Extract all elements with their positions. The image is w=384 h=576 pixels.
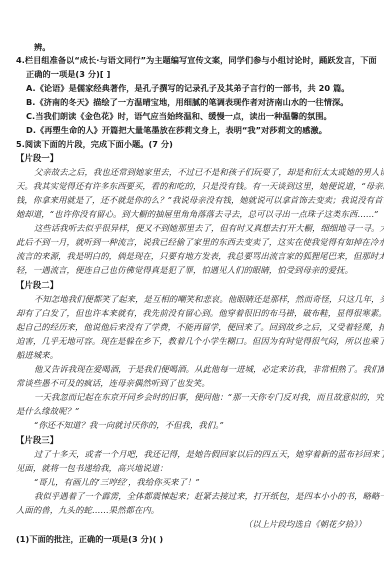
passage2-line: 迫害，几乎无地可容。现在是躲在乡下，教着几个小学生糊口。但因为有时觉得很气闷，所… (16, 335, 384, 347)
q4-option-c: C.当我们朗读《金色花》时，语气应当始终温和、缓慢一点，读出一种温馨的氛围。 (26, 110, 332, 122)
passage2-line: 不知怎地我们便都笑了起来，是互相的嘲笑和悲哀。他眼睛还是那样，然而奇怪，只这几年… (34, 293, 384, 305)
passage2-line: 常谈些愚不可及的疯话，连母亲偶然听到了也发笑。 (16, 377, 210, 389)
passage3-line: “哥儿，有画儿的‘三哼经’，我给你买来了！” (34, 476, 200, 488)
passage1-line: 天。我其实觉得还有许多东西要买，看的和吃的，只是没有钱。有一天谈到这里，她便说道… (16, 180, 384, 192)
q5-subquestion-1: (1)下面的批注，正确的一项是(3 分)( ) (16, 533, 163, 545)
passage2-title: 【片段二】 (16, 279, 58, 291)
q4-stem-line2: 正确的一项是(3 分)[ ] (26, 68, 110, 80)
passage2-line: 船进城来。 (16, 349, 58, 361)
passage1-line: 她却道，“也许你没有留心。到大橱的抽屉里角角落落去寻去，总可以寻出一点珠子这类东… (16, 208, 379, 220)
passage2-line: 一天我忽而记起在东京开同乡会时的旧事，便问他：“那一天你专门反对我，而且故意似的… (34, 391, 384, 403)
q4-option-b: B.《济南的冬天》描绘了一方温晴宝地，用细腻的笔调表现作者对济南山水的一往情深。 (26, 96, 348, 108)
passage1-line: 这些话我听去似乎很异样，便又不到她那里去了，但有时又真想去打开大橱，细细地寻一寻… (34, 222, 384, 234)
passage3-line: 我似乎遇着了一个霹雳，全体都震悚起来；赶紧去接过来，打开纸包，是四本小小的书，略… (34, 490, 384, 502)
passage1-line: 钱，你拿来用就是了，还不就是你的么？”我说母亲没有钱，她就说可以拿首饰去变卖；我… (16, 194, 384, 206)
passage1-line: 轻，一遇流言，便连自己也仿佛觉得真是犯了罪，怕遇见人们的眼睛，怕受到母亲的爱抚。 (16, 264, 353, 276)
source-citation: （以上片段均选自《朝花夕拾》） (244, 518, 366, 530)
passage3-line: 人面的兽，九头的蛇……果然都在内。 (16, 504, 159, 516)
passage1-line: 此后不到一月，就听到一种流言，说我已经偷了家里的东西去变卖了，这实在使我觉得有如… (16, 236, 384, 248)
passage2-line: 是什么缘故呢？” (16, 405, 79, 417)
q4-stem-line1: 4.栏目组准备以“成长·与语文同行”为主题编写宣传文案，同学们参与小组讨论时，踊… (16, 54, 377, 66)
q4-option-d: D.《再塑生命的人》开篇把大量笔墨放在莎莉文身上，表明“我”对莎莉文的感激。 (26, 124, 327, 136)
q5-stem: 5.阅读下面的片段，完成下面小题。(7 分) (16, 138, 173, 150)
passage2-line: 却有了白发了，但也许本来就有，我先前没有留心到。他穿着很旧的布马褂，破布鞋，显得… (16, 307, 384, 319)
passage2-line: 起自己的经历来，他说他后来没有了学费，不能再留学，便回来了。回到故乡之后，又受着… (16, 321, 384, 333)
passage1-line: 流言的来源，我是明白的，倘是现在，只要有地方发表，我总要骂出流言家的狐狸尾巴来，… (16, 250, 384, 262)
q4-option-a: A.《论语》是儒家经典著作，是孔子撰写的记录孔子及其弟子言行的一部书，共 20 … (26, 82, 350, 94)
passage1-title: 【片段一】 (16, 152, 58, 164)
passage3-title: 【片段三】 (16, 434, 58, 446)
passage3-line: 见面，就将一包书递给我，高兴地说道： (16, 462, 168, 474)
passage3-line: 过了十多天，或者一个月吧，我还记得，是她告假回家以后的四五天，她穿着新的蓝布衫回… (34, 448, 384, 460)
q3-tail: 辨。 (34, 41, 50, 53)
passage2-line: “你还不知道？我一向就讨厌你的，不但我，我们。” (34, 419, 224, 431)
passage2-line: 他又告诉我现在爱喝酒，于是我们便喝酒。从此他每一进城，必定来访我，非常相熟了。我… (34, 363, 384, 375)
passage1-line: 父亲故去之后，我也还常到她家里去，不过已不是和孩子们玩耍了，却是和衍太太或她的男… (34, 166, 384, 178)
